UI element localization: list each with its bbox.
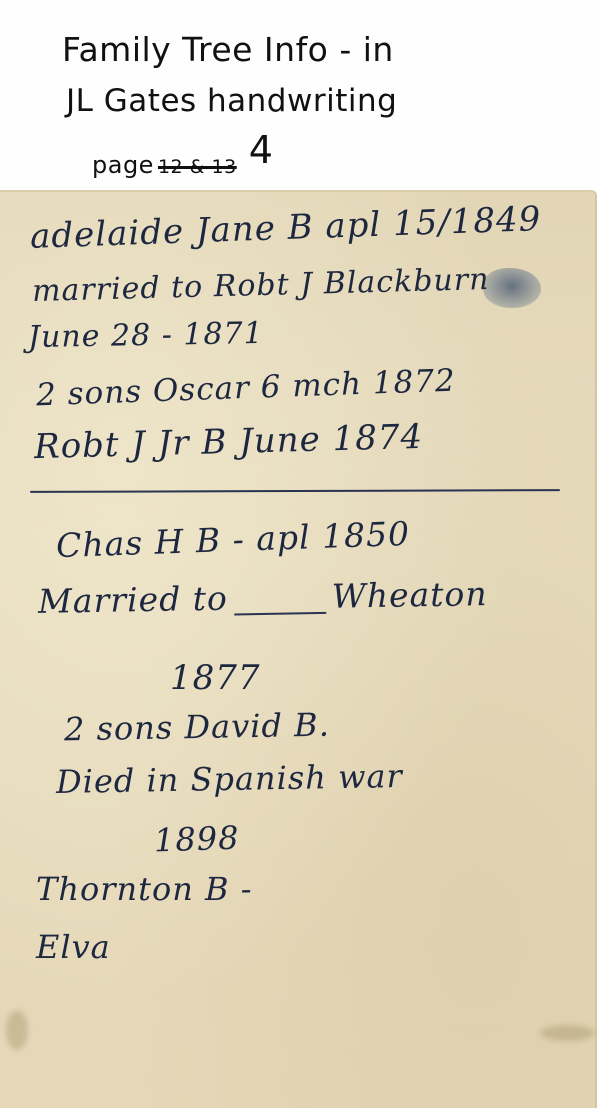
page-word: page: [92, 151, 154, 179]
label-author-line: JL Gates handwriting: [66, 83, 397, 119]
page-number: 4: [249, 128, 274, 172]
entry-line: Elva: [36, 928, 111, 966]
entry-line: 1898: [153, 819, 240, 860]
married-to-text: Married to: [38, 579, 228, 621]
entry-line: Married toWheaton: [38, 574, 488, 621]
entry-line: married to Robt J Blackburn: [32, 262, 490, 309]
entry-line: 1877: [170, 658, 261, 698]
entry-line: 2 sons David B.: [64, 706, 330, 749]
entry-line: June 28 - 1871: [28, 316, 264, 355]
label-page-line: page12 & 134: [92, 138, 273, 182]
blank-name-line: [234, 612, 326, 616]
divider-line: [30, 489, 560, 493]
label-title-line: Family Tree Info - in: [62, 30, 394, 69]
aged-paper-card: adelaide Jane B apl 15/1849 married to R…: [0, 190, 597, 1108]
paper-stain: [540, 1025, 595, 1041]
entry-line: Chas H B - apl 1850: [55, 514, 410, 565]
entry-line: Died in Spanish war: [56, 757, 403, 801]
title-label: Family Tree Info - in JL Gates handwriti…: [0, 0, 600, 190]
entry-line: Thornton B -: [36, 870, 253, 908]
entry-line: Robt J Jr B June 1874: [34, 417, 424, 467]
entry-line: 2 sons Oscar 6 mch 1872: [35, 363, 456, 414]
paper-stain: [6, 1010, 28, 1050]
entry-line: adelaide Jane B apl 15/1849: [29, 199, 541, 257]
scanned-document: Family Tree Info - in JL Gates handwriti…: [0, 0, 600, 1108]
ink-blot: [483, 268, 541, 308]
struck-page-numbers: 12 & 13: [158, 156, 237, 178]
spouse-surname: Wheaton: [331, 574, 487, 616]
